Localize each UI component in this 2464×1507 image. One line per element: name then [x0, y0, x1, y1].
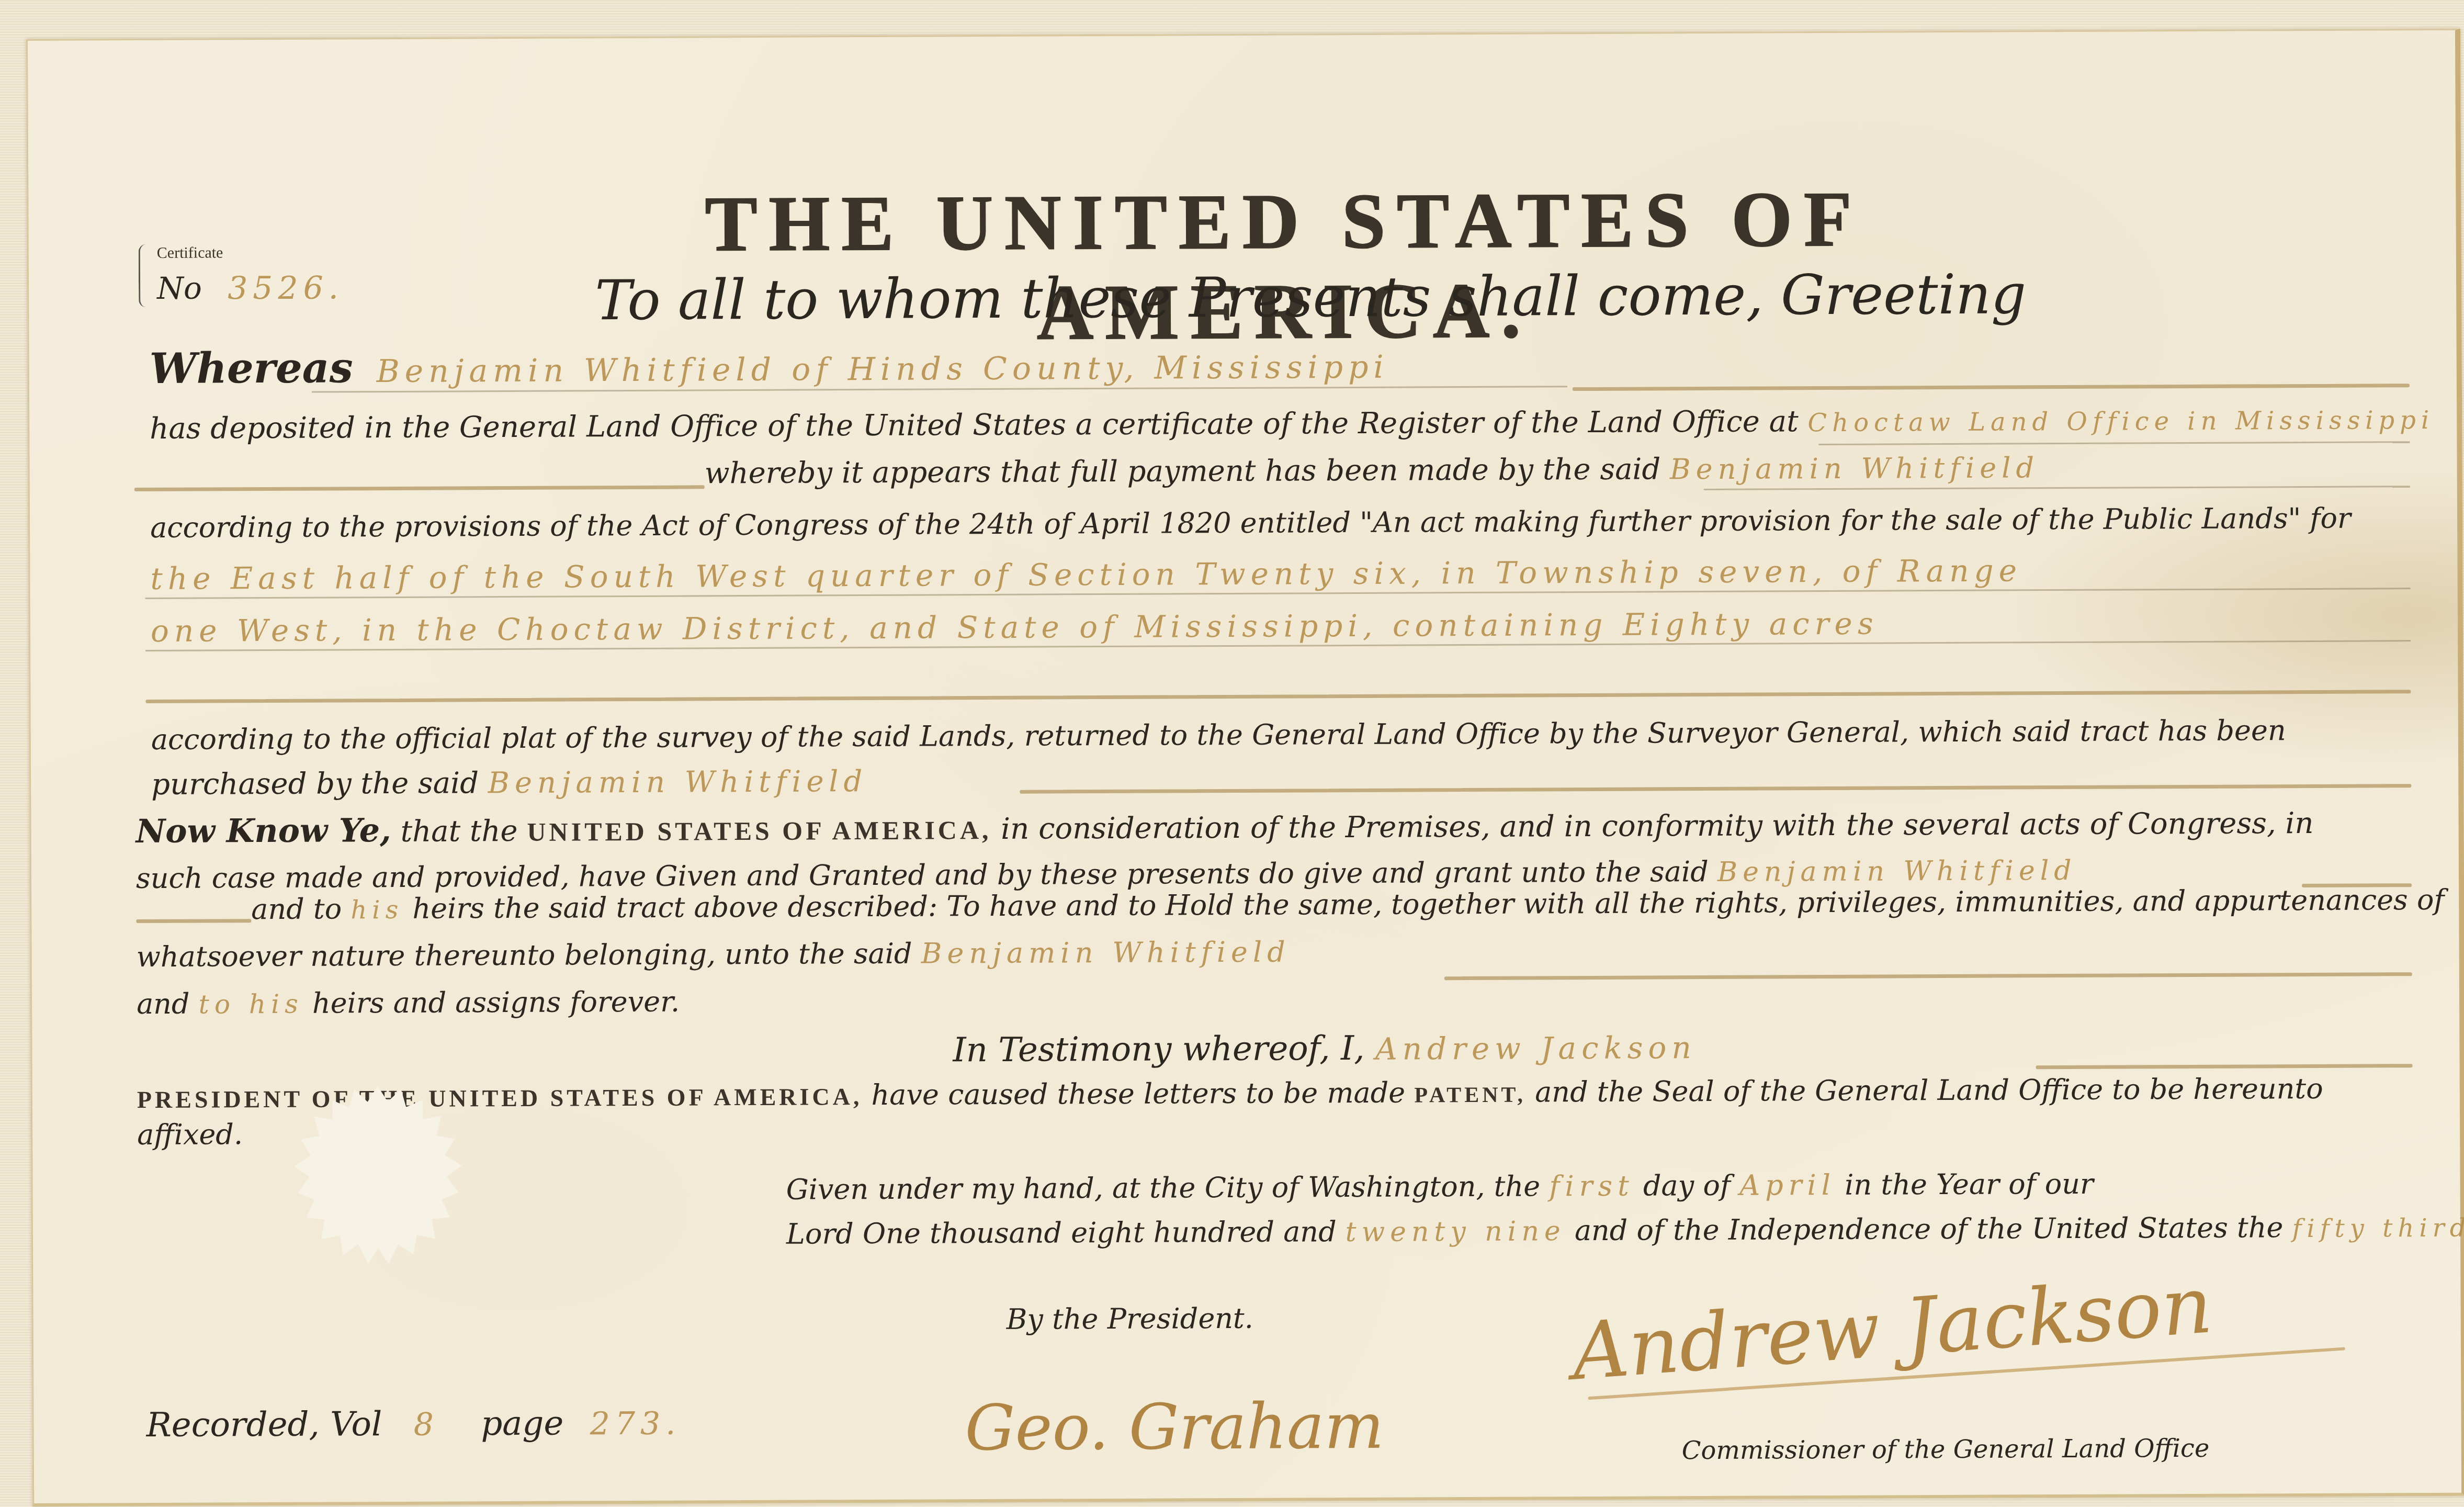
greeting-line: To all to whom these Presents shall come… — [552, 262, 2070, 333]
president-name-handwritten: Andrew Jackson — [1375, 1030, 1697, 1067]
grantee-name-handwritten: Benjamin Whitfield — [1717, 855, 2077, 888]
page-label: page — [481, 1404, 563, 1444]
body-text: and of the Independence of the United St… — [1575, 1211, 2284, 1247]
grantee-name-handwritten: Benjamin Whitfield — [488, 764, 868, 800]
body-text: and — [137, 987, 190, 1020]
recorded-line: Recorded, Vol 8 page 273. — [146, 1404, 681, 1445]
patent-caps: PATENT, — [1414, 1083, 1526, 1108]
now-know-ye: Now Know Ye, — [135, 811, 391, 850]
his-handwritten: his — [351, 895, 403, 925]
by-the-president-label: By the President. — [1007, 1302, 1253, 1336]
rule — [1818, 441, 2410, 445]
body-text: Lord One thousand eight hundred and — [786, 1215, 1337, 1251]
day-handwritten: first — [1549, 1169, 1634, 1203]
given-line-1: Given under my hand, at the City of Wash… — [786, 1167, 2094, 1206]
body-text: that the — [400, 814, 517, 849]
body-text: and to — [251, 892, 342, 926]
recorded-volume: 8 — [414, 1407, 439, 1443]
rule — [1573, 384, 2410, 391]
grantee-name-handwritten: Benjamin Whitfield — [1670, 451, 2039, 486]
body-text: whereby it appears that full payment has… — [704, 452, 1660, 490]
body-text: in the Year of our — [1845, 1167, 2094, 1201]
whereas-line: Whereas Benjamin Whitfield of Hinds Coun… — [150, 339, 1389, 393]
tract-description-line-2: one West, in the Choctaw District, and S… — [151, 606, 1879, 649]
year-words-handwritten: twenty nine — [1346, 1216, 1566, 1248]
rule — [146, 690, 2411, 703]
grantee-name-handwritten: Benjamin Whitfield — [921, 935, 1291, 970]
body-text: has deposited in the General Land Office… — [150, 404, 1799, 446]
rule — [1704, 486, 2410, 490]
testimony-line-2: PRESIDENT OF THE UNITED STATES OF AMERIC… — [137, 1072, 2323, 1115]
affixed-line: affixed. — [137, 1118, 243, 1151]
tract-description-line-1: the East half of the South West quarter … — [150, 553, 2022, 597]
certificate-no-label: No — [157, 271, 202, 306]
certificate-brace — [139, 244, 148, 307]
recorded-page: 273. — [590, 1405, 681, 1443]
rule — [1020, 784, 2411, 794]
body-text: Given under my hand, at the City of Wash… — [786, 1169, 1540, 1206]
body-line-4: according to the official plat of the su… — [151, 714, 2286, 756]
certificate-number: 3526. — [228, 269, 344, 307]
body-line-6: Now Know Ye, that the UNITED STATES OF A… — [135, 803, 2313, 850]
commissioner-title: Commissioner of the General Land Office — [1682, 1434, 2210, 1465]
body-text: heirs and assigns forever. — [312, 985, 680, 1020]
body-line-10: and to his heirs and assigns forever. — [137, 985, 680, 1021]
land-patent-document: THE UNITED STATES OF AMERICA. Certificat… — [26, 29, 2464, 1506]
whereas-label: Whereas — [150, 343, 353, 393]
grantee-full-handwritten: Benjamin Whitfield of Hinds County, Miss… — [376, 349, 1388, 390]
to-his-handwritten: to his — [199, 989, 303, 1020]
usa-caps: UNITED STATES OF AMERICA, — [527, 815, 991, 847]
body-text: whatsoever nature thereunto belonging, u… — [137, 937, 912, 973]
body-text: day of — [1643, 1169, 1731, 1202]
testimony-intro: In Testimony whereof, I, — [953, 1029, 1364, 1070]
commissioner-signature: Geo. Graham — [965, 1390, 1384, 1465]
testimony-line: In Testimony whereof, I, Andrew Jackson — [953, 1028, 1697, 1070]
certificate-label: Certificate — [157, 244, 223, 262]
body-line-9: whatsoever nature thereunto belonging, u… — [137, 935, 1291, 973]
body-line-3: according to the provisions of the Act o… — [150, 502, 2351, 544]
president-caps: PRESIDENT OF THE UNITED STATES OF AMERIC… — [137, 1083, 863, 1113]
month-handwritten: April — [1739, 1168, 1836, 1202]
rule — [136, 919, 251, 923]
body-text: purchased by the said — [151, 766, 479, 802]
body-line-1: has deposited in the General Land Office… — [150, 402, 2434, 446]
independence-year-handwritten: fifty third — [2292, 1213, 2464, 1243]
body-line-5: purchased by the said Benjamin Whitfield — [151, 764, 867, 802]
rule — [1444, 972, 2412, 980]
rule — [134, 485, 705, 491]
recorded-label: Recorded, Vol — [146, 1405, 382, 1445]
body-line-2: whereby it appears that full payment has… — [704, 451, 2039, 490]
rule — [2036, 1064, 2413, 1069]
body-text: and the Seal of the General Land Office … — [1535, 1072, 2323, 1109]
body-text: in consideration of the Premises, and in… — [1001, 806, 2313, 846]
land-office-handwritten: Choctaw Land Office in Mississippi — [1807, 406, 2434, 437]
given-line-2: Lord One thousand eight hundred and twen… — [786, 1210, 2464, 1251]
body-text: have caused these letters to be made — [871, 1076, 1405, 1111]
